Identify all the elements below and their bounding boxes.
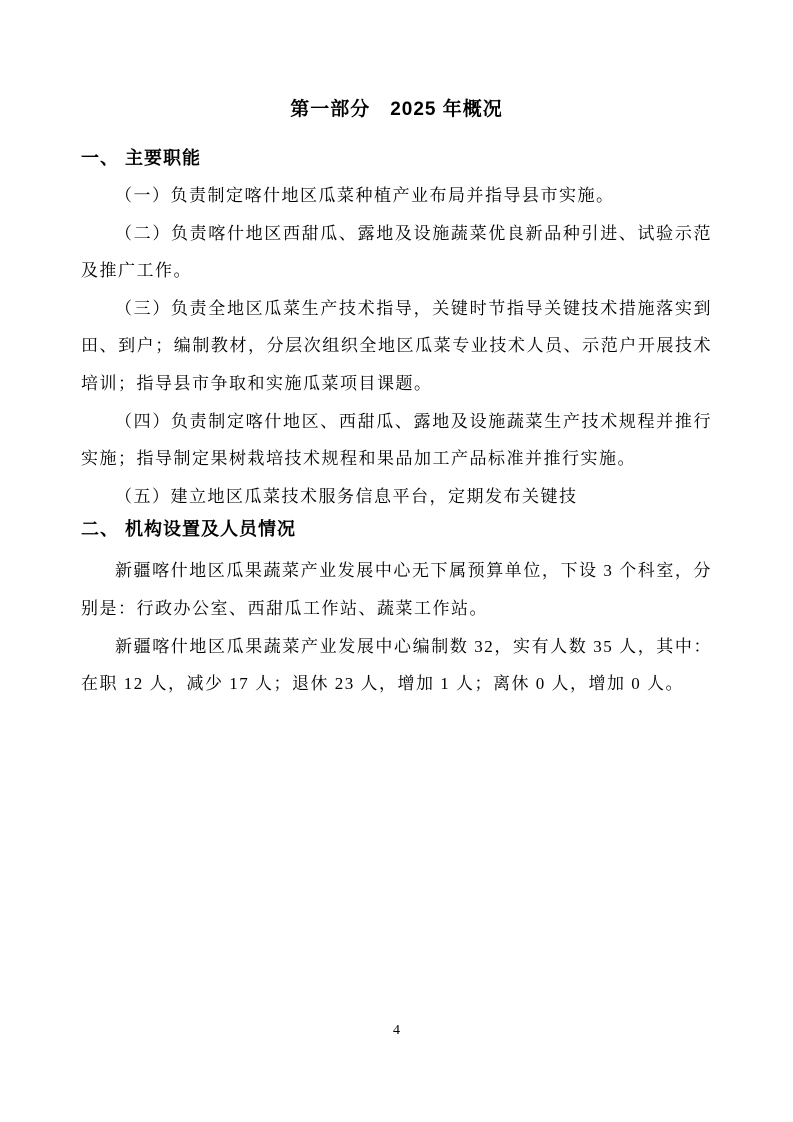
paragraph-function-1: （一）负责制定喀什地区瓜菜种植产业布局并指导县市实施。: [81, 177, 712, 215]
section-body-main-functions: （一）负责制定喀什地区瓜菜种植产业布局并指导县市实施。 （二）负责喀什地区西甜瓜…: [81, 177, 712, 515]
document-title: 第一部分 2025 年概况: [81, 0, 712, 122]
document-content: 第一部分 2025 年概况 一、 主要职能 （一）负责制定喀什地区瓜菜种植产业布…: [81, 0, 712, 703]
document-page: 第一部分 2025 年概况 一、 主要职能 （一）负责制定喀什地区瓜菜种植产业布…: [0, 0, 793, 1122]
page-number: 4: [0, 1022, 793, 1040]
section-body-organization-staffing: 新疆喀什地区瓜果蔬菜产业发展中心无下属预算单位，下设 3 个科室，分别是：行政办…: [81, 552, 712, 702]
paragraph-function-2: （二）负责喀什地区西甜瓜、露地及设施蔬菜优良新品种引进、试验示范及推广工作。: [81, 215, 712, 290]
paragraph-staffing: 新疆喀什地区瓜果蔬菜产业发展中心编制数 32，实有人数 35 人，其中：在职 1…: [81, 628, 712, 703]
paragraph-function-4: （四）负责制定喀什地区、西甜瓜、露地及设施蔬菜生产技术规程并推行实施；指导制定果…: [81, 403, 712, 478]
paragraph-organization: 新疆喀什地区瓜果蔬菜产业发展中心无下属预算单位，下设 3 个科室，分别是：行政办…: [81, 552, 712, 627]
section-heading-organization-staffing: 二、 机构设置及人员情况: [81, 519, 712, 540]
paragraph-function-3: （三）负责全地区瓜菜生产技术指导，关键时节指导关键技术措施落实到田、到户；编制教…: [81, 290, 712, 403]
paragraph-function-5: （五）建立地区瓜菜技术服务信息平台，定期发布关键技: [81, 478, 712, 516]
section-heading-main-functions: 一、 主要职能: [81, 148, 712, 169]
